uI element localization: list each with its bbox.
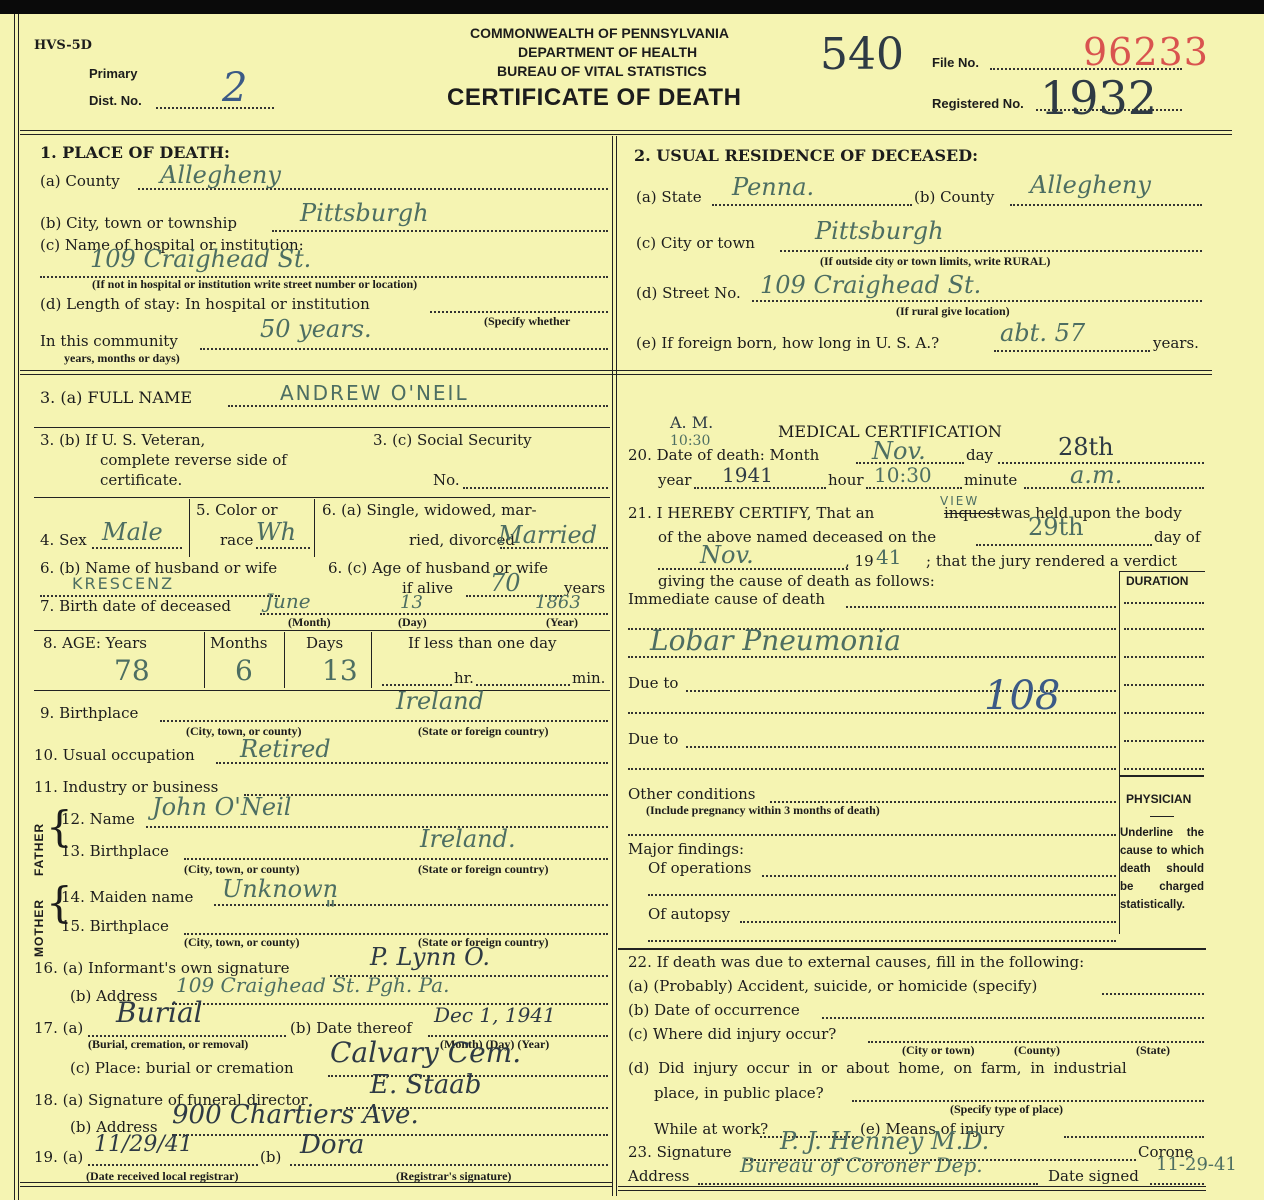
funeral-director-signature: E. Staab	[370, 1072, 481, 1098]
age-months-value: 6	[235, 658, 253, 684]
occupation-value: Retired	[240, 736, 331, 762]
age-years-label: 8. AGE: Years	[43, 634, 147, 652]
dist-no-value: 2	[222, 66, 247, 110]
residence-county-value: Allegheny	[1030, 172, 1151, 198]
registered-no-value: 1932	[1040, 72, 1157, 124]
death-year-label: year	[658, 471, 691, 489]
certify-line-4: giving the cause of death as follows:	[658, 572, 935, 590]
social-security-no-label: No.	[433, 471, 460, 489]
external-d-label-line-2: place, in public place?	[654, 1084, 824, 1102]
veteran-label-line-2: complete reverse side of	[100, 451, 287, 469]
age-months-label: Months	[210, 634, 267, 652]
agency-line-3: BUREAU OF VITAL STATISTICS	[497, 62, 707, 80]
burial-place-label: (c) Place: burial or cremation	[70, 1059, 294, 1077]
disposition-date-value: Dec 1, 1941	[434, 1002, 556, 1028]
file-no-value: 96233	[1083, 32, 1209, 72]
autopsy-label: Of autopsy	[648, 905, 730, 923]
birthplace-label: 9. Birthplace	[40, 704, 138, 722]
certify-line-3: ; that the jury rendered a verdict	[926, 552, 1177, 570]
father-birthplace-label: 13. Birthplace	[61, 842, 169, 860]
burial-place-value: Calvary Cem.	[330, 1040, 521, 1066]
external-c-label: (c) Where did injury occur?	[628, 1025, 836, 1043]
handwritten-number: 540	[820, 30, 904, 80]
length-of-stay-label: (d) Length of stay: In hospital or insti…	[40, 295, 370, 313]
informant-signature-value: P. Lynn O.	[370, 944, 490, 970]
sex-label: 4. Sex	[40, 531, 87, 549]
certify-month-value: Nov.	[700, 542, 754, 568]
father-state-note: (State or foreign country)	[418, 862, 549, 876]
duration-label: DURATION	[1126, 572, 1188, 590]
death-hour-label: hour	[828, 471, 864, 489]
date-signed-label: Date signed	[1048, 1167, 1139, 1185]
city-label: (b) City, town or township	[40, 214, 237, 232]
social-security-label: 3. (c) Social Security	[373, 431, 532, 449]
death-minute-value: a.m.	[1070, 462, 1122, 488]
community-label: In this community	[40, 332, 178, 350]
marital-value: Married	[498, 522, 597, 548]
father-name-label: 12. Name	[61, 810, 135, 828]
residence-state-label: (a) State	[636, 188, 702, 206]
city-value: Pittsburgh	[300, 200, 429, 226]
external-d-label: (d) Did injury occur in or about home, o…	[628, 1059, 1127, 1077]
registrar-date-value: 11/29/41	[94, 1132, 193, 1158]
scan-top-edge	[0, 0, 1264, 14]
death-hour-value: 10:30	[874, 462, 932, 488]
death-month-value: Nov.	[872, 438, 926, 464]
certify-year-prefix: , 19	[845, 552, 874, 570]
institution-value: 109 Craighead St.	[90, 246, 311, 272]
death-minute-label: minute	[964, 471, 1017, 489]
registrar-date-label: 19. (a)	[34, 1148, 83, 1166]
agency-line-1: COMMONWEALTH OF PENNSYLVANIA	[470, 24, 729, 42]
physician-label: PHYSICIAN	[1126, 790, 1191, 808]
veteran-label: 3. (b) If U. S. Veteran,	[40, 431, 205, 449]
birth-month-note: (Month)	[288, 615, 331, 629]
external-causes-heading: 22. If death was due to external causes,…	[628, 953, 1084, 971]
spouse-name-value: KRESCENZ	[72, 571, 174, 597]
certify-year-value: 41	[876, 544, 901, 570]
father-city-note: (City, town, or county)	[184, 862, 299, 876]
due-to-2-label: Due to	[628, 730, 678, 748]
disposition-note: (Burial, cremation, or removal)	[88, 1037, 248, 1051]
dist-no-label: Dist. No.	[89, 92, 142, 110]
birth-year-value: 1863	[535, 590, 581, 616]
file-no-label: File No.	[932, 54, 979, 72]
age-min-label: min.	[572, 669, 605, 687]
coroner-signature-label: 23. Signature	[628, 1143, 732, 1161]
major-findings-label: Major findings:	[628, 840, 744, 858]
coroner-signature-value: P. J. Henney M.D.	[780, 1128, 989, 1154]
external-b-label: (b) Date of occurrence	[628, 1001, 800, 1019]
physician-note: Underline the cause to which death shoul…	[1120, 824, 1204, 914]
residence-street-label: (d) Street No.	[636, 284, 741, 302]
sex-value: Male	[102, 519, 163, 545]
agency-line-2: DEPARTMENT OF HEALTH	[518, 43, 697, 61]
birth-day-note: (Day)	[398, 615, 427, 629]
color-label: 5. Color or	[196, 501, 278, 519]
county-label: (a) County	[40, 172, 120, 190]
certify-day-value: 29th	[1028, 514, 1084, 540]
residence-city-note: (If outside city or town limits, write R…	[820, 254, 1050, 268]
father-birthplace-value: Ireland.	[420, 826, 516, 852]
birth-year-note: (Year)	[546, 615, 578, 629]
funeral-director-address-value: 900 Chartiers Ave.	[172, 1102, 419, 1128]
birth-day-value: 13	[400, 590, 423, 616]
residence-city-label: (c) City or town	[636, 234, 755, 252]
coroner-address-value: Bureau of Coroner Dep.	[740, 1152, 983, 1178]
residence-heading: 2. USUAL RESIDENCE OF DECEASED:	[634, 147, 978, 165]
veteran-label-line-3: certificate.	[100, 471, 182, 489]
race-label: race	[220, 531, 253, 549]
mother-maiden-value: Unknown	[222, 876, 338, 902]
full-name-label: 3. (a) FULL NAME	[40, 389, 192, 407]
header-divider	[20, 130, 1232, 135]
registrar-date-note: (Date received local registrar)	[86, 1169, 238, 1183]
birth-date-label: 7. Birth date of deceased	[40, 597, 231, 615]
father-side-label: FATHER	[32, 823, 46, 876]
external-d-note: (Specify type of place)	[950, 1102, 1063, 1116]
foreign-born-suffix: years.	[1153, 334, 1199, 352]
operations-label: Of operations	[648, 859, 751, 877]
residence-street-note: (If rural give location)	[896, 304, 1010, 318]
death-day-value: 28th	[1058, 434, 1114, 460]
informant-address-value: 109 Craighead St. Pgh. Pa.	[176, 972, 449, 998]
certify-day-of: day of	[1154, 528, 1200, 546]
residence-state-value: Penna.	[732, 174, 814, 200]
disposition-value: Burial	[116, 1000, 203, 1026]
other-conditions-label: Other conditions	[628, 785, 756, 803]
page-title: CERTIFICATE OF DEATH	[447, 83, 741, 113]
primary-label: Primary	[89, 65, 137, 83]
certify-label: 21. I HEREBY CERTIFY, That an	[628, 504, 874, 522]
birth-month-value: June	[265, 588, 311, 614]
place-of-death-heading: 1. PLACE OF DEATH:	[40, 144, 230, 162]
birthplace-value: Ireland	[396, 688, 484, 714]
death-year-value: 1941	[722, 462, 773, 488]
full-name-value: ANDREW O'NEIL	[280, 380, 469, 406]
immediate-cause-label: Immediate cause of death	[628, 590, 825, 608]
registrar-signature-value: Dora	[300, 1132, 364, 1158]
external-c-county-note: (County)	[1014, 1043, 1060, 1057]
foreign-born-value: abt. 57	[1000, 320, 1085, 346]
due-to-1-label: Due to	[628, 674, 678, 692]
community-note: years, months or days)	[64, 351, 180, 365]
form-code: HVS-5D	[34, 37, 92, 55]
left-border	[14, 14, 19, 1200]
disposition-date-label: (b) Date thereof	[290, 1019, 412, 1037]
external-a-label: (a) (Probably) Accident, suicide, or hom…	[628, 977, 1037, 995]
registrar-signature-note: (Registrar's signature)	[396, 1169, 511, 1183]
mother-birthplace-value: "	[325, 897, 336, 923]
foreign-born-label: (e) If foreign born, how long in U. S. A…	[636, 334, 939, 352]
external-c-state-note: (State)	[1136, 1043, 1170, 1057]
date-signed-value: 11-29-41	[1156, 1152, 1237, 1178]
age-hr-label: hr.	[454, 669, 474, 687]
other-conditions-note: (Include pregnancy within 3 months of de…	[646, 803, 880, 817]
county-value: Allegheny	[160, 162, 281, 188]
mother-birthplace-label: 15. Birthplace	[61, 917, 169, 935]
death-day-label: day	[966, 446, 993, 464]
mother-side-label: MOTHER	[32, 899, 46, 957]
specify-note: (Specify whether	[484, 314, 570, 328]
while-at-work-label: While at work?	[654, 1120, 768, 1138]
age-days-label: Days	[306, 634, 343, 652]
spouse-age-value: 70	[490, 570, 521, 596]
residence-street-value: 109 Craighead St.	[760, 272, 981, 298]
race-value: Wh	[256, 519, 296, 545]
inquest-inserted: VIEW	[940, 488, 979, 514]
age-less-than-day-label: If less than one day	[408, 634, 557, 652]
birthplace-state-note: (State or foreign country)	[418, 724, 549, 738]
marital-label: 6. (a) Single, widowed, mar-	[322, 501, 537, 519]
mother-maiden-label: 14. Maiden name	[61, 888, 193, 906]
mother-city-note: (City, town, or county)	[184, 935, 299, 949]
registrar-signature-label: (b)	[260, 1148, 281, 1166]
due-to-1-value: 108	[984, 674, 1060, 718]
external-c-city-note: (City or town)	[902, 1043, 974, 1057]
section-divider-1	[20, 370, 1212, 375]
age-years-value: 78	[114, 658, 150, 684]
registered-no-label: Registered No.	[932, 95, 1024, 113]
residence-city-value: Pittsburgh	[815, 218, 944, 244]
community-value: 50 years.	[260, 316, 372, 342]
institution-note: (If not in hospital or institution write…	[92, 277, 417, 291]
disposition-label: 17. (a)	[34, 1019, 83, 1037]
age-days-value: 13	[322, 658, 358, 684]
death-certificate: HVS-5D Primary Dist. No. 2 COMMONWEALTH …	[0, 14, 1264, 1200]
residence-county-label: (b) County	[914, 188, 994, 206]
center-divider	[612, 136, 617, 1196]
immediate-cause-value: Lobar Pneumonia	[650, 628, 901, 654]
coroner-address-label: Address	[628, 1167, 689, 1185]
occupation-label: 10. Usual occupation	[34, 746, 195, 764]
father-name-value: John O'Neil	[152, 794, 291, 820]
